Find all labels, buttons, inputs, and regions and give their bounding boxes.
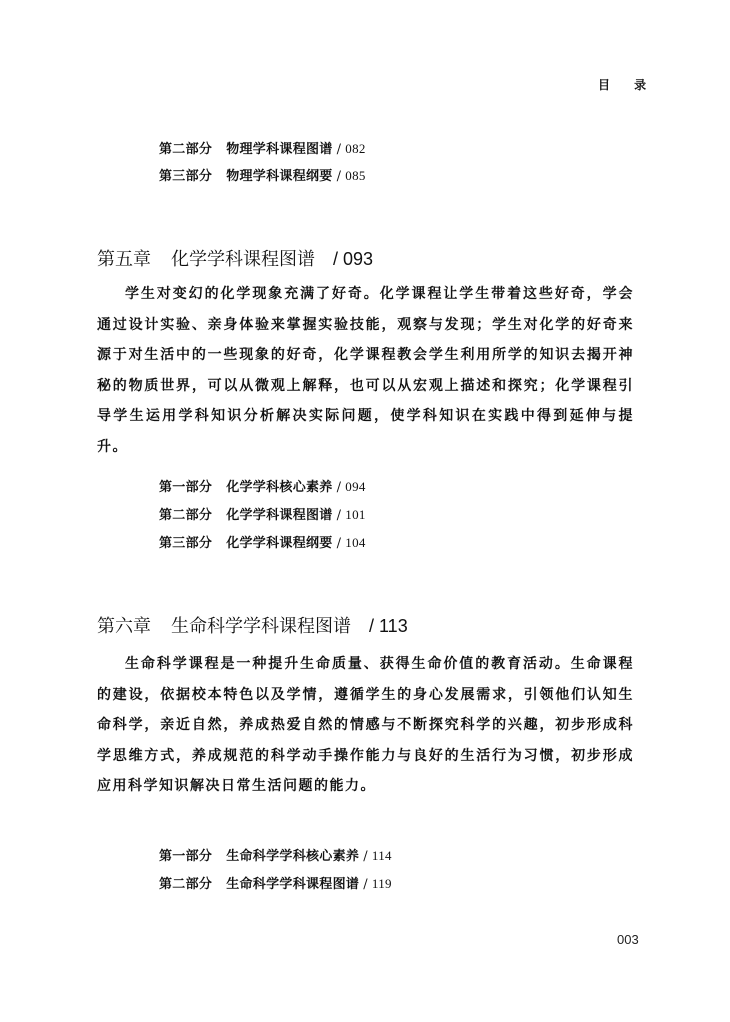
chapter-heading[interactable]: 第六章生命科学学科课程图谱/ 113 — [97, 612, 408, 638]
chapter-label: 第六章 — [97, 616, 151, 637]
toc-part-label: 第二部分 — [159, 138, 212, 157]
toc-page-number: 114 — [372, 848, 392, 863]
chapter-title: 化学学科课程图谱 — [171, 249, 315, 270]
chapter-page-number: / 113 — [369, 616, 408, 636]
toc-separator: / — [363, 849, 368, 864]
toc-entry-title: 化学学科课程图谱 — [226, 508, 332, 523]
toc-entry[interactable]: 第二部分生命科学学科课程图谱/119 — [159, 873, 392, 892]
toc-separator: / — [337, 480, 342, 495]
chapter-title: 生命科学学科课程图谱 — [171, 616, 351, 637]
chapter-heading[interactable]: 第五章化学学科课程图谱/ 093 — [97, 245, 373, 271]
toc-separator: / — [363, 877, 368, 892]
toc-separator: / — [337, 536, 342, 551]
toc-entry[interactable]: 第一部分化学学科核心素养/094 — [159, 476, 366, 495]
toc-part-label: 第一部分 — [159, 476, 212, 495]
toc-page-number: 085 — [345, 168, 365, 183]
toc-entry[interactable]: 第二部分化学学科课程图谱/101 — [159, 504, 366, 523]
toc-separator: / — [337, 142, 342, 157]
toc-entry[interactable]: 第二部分物理学科课程图谱/082 — [159, 138, 366, 157]
toc-entry-title: 物理学科课程纲要 — [226, 169, 332, 184]
toc-part-label: 第二部分 — [159, 504, 212, 523]
chapter-summary: 学生对变幻的化学现象充满了好奇。化学课程让学生带着这些好奇，学会通过设计实验、亲… — [97, 279, 634, 462]
toc-entry-title: 化学学科核心素养 — [226, 480, 332, 495]
toc-entry[interactable]: 第三部分物理学科课程纲要/085 — [159, 165, 366, 184]
toc-part-label: 第二部分 — [159, 873, 212, 892]
toc-separator: / — [337, 508, 342, 523]
chapter-label: 第五章 — [97, 249, 151, 270]
chapter-page-number: / 093 — [333, 249, 373, 269]
toc-entry-title: 生命科学学科课程图谱 — [226, 877, 359, 892]
toc-page-number: 082 — [345, 141, 365, 156]
toc-page-number: 104 — [345, 535, 365, 550]
toc-entry-title: 物理学科课程图谱 — [226, 142, 332, 157]
toc-page-number: 101 — [345, 507, 365, 522]
page-number: 003 — [617, 932, 639, 947]
toc-part-label: 第三部分 — [159, 165, 212, 184]
toc-page-number: 094 — [345, 479, 365, 494]
toc-page-number: 119 — [372, 876, 392, 891]
toc-entry[interactable]: 第一部分生命科学学科核心素养/114 — [159, 845, 392, 864]
toc-entry-title: 化学学科课程纲要 — [226, 536, 332, 551]
running-head: 目 录 — [598, 76, 656, 93]
toc-entry[interactable]: 第三部分化学学科课程纲要/104 — [159, 532, 366, 551]
toc-entry-title: 生命科学学科核心素养 — [226, 849, 359, 864]
toc-separator: / — [337, 169, 342, 184]
toc-part-label: 第三部分 — [159, 532, 212, 551]
toc-part-label: 第一部分 — [159, 845, 212, 864]
chapter-summary: 生命科学课程是一种提升生命质量、获得生命价值的教育活动。生命课程的建设，依据校本… — [97, 649, 634, 802]
